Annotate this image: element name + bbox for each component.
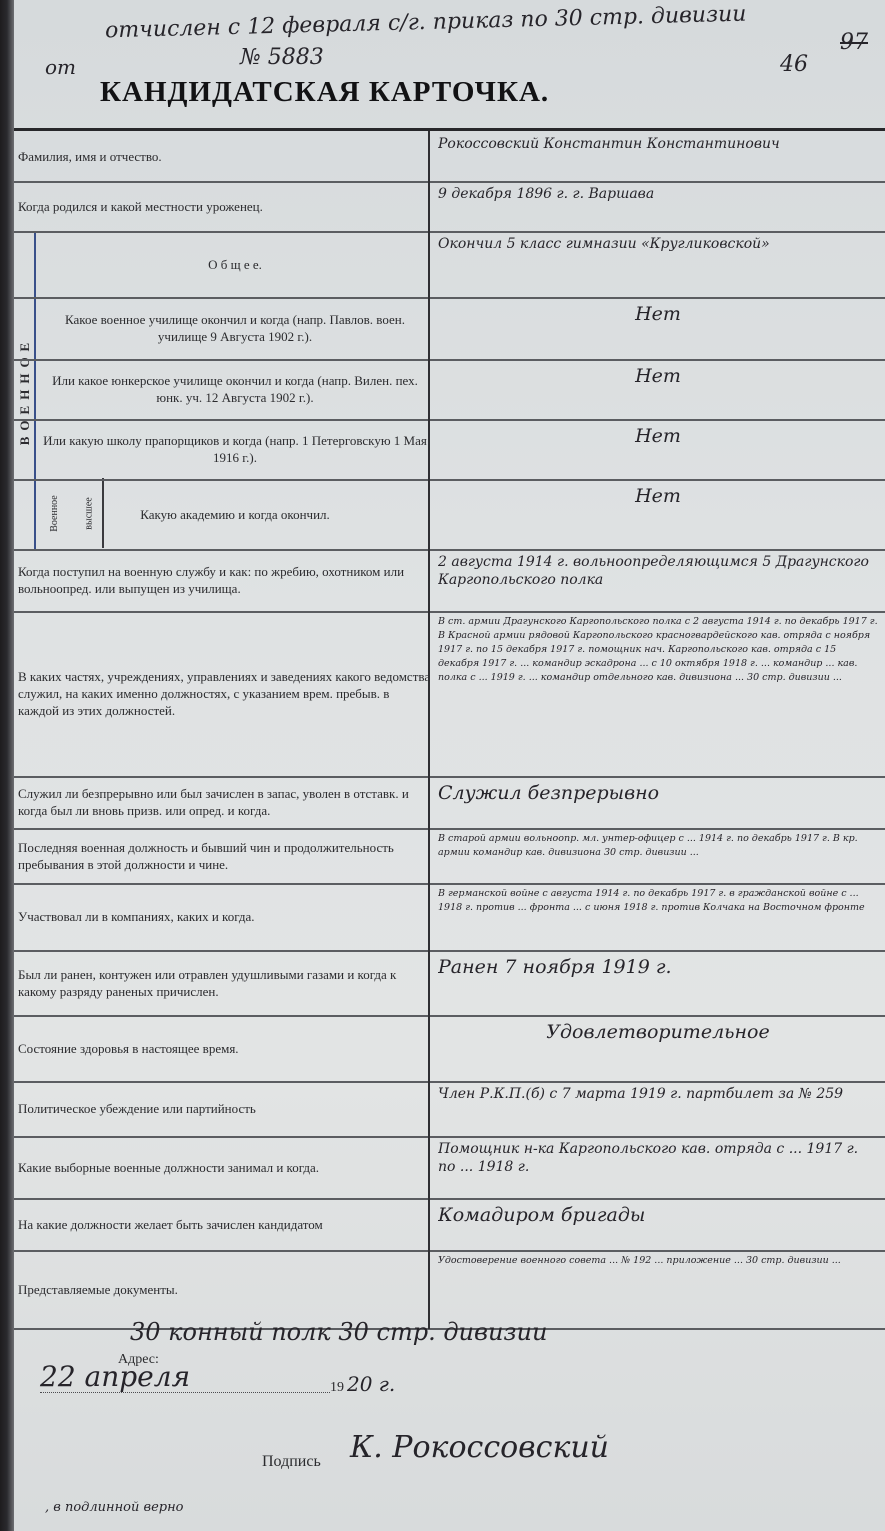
signature: К. Рокоссовский <box>350 1430 609 1465</box>
field-answer: В старой армии вольноопр. мл. унтер-офиц… <box>438 832 878 881</box>
field-answer: Служил безпрерывно <box>438 780 878 826</box>
date-underline <box>40 1392 330 1393</box>
column-divider <box>428 131 430 1329</box>
form-row: Был ли ранен, контужен или отравлен удуш… <box>14 950 885 1017</box>
binding-edge <box>0 0 14 1531</box>
ot-label: от <box>45 55 76 79</box>
field-label: В каких частях, учреждениях, управлениях… <box>14 611 432 776</box>
field-label: О б щ е е. <box>42 231 428 297</box>
form-row: Или какое юнкерское училище окончил и ко… <box>14 359 885 421</box>
form-row: Политическое убеждение или партийностьЧл… <box>14 1081 885 1138</box>
field-label: Или какую школу прапорщиков и когда (нап… <box>42 419 428 479</box>
field-answer: Нет <box>438 301 878 357</box>
field-answer: Удовлетворительное <box>438 1019 878 1079</box>
field-label: Когда поступил на военную службу и как: … <box>14 549 432 611</box>
order-number: № 5883 <box>240 45 324 70</box>
signature-label: Подпись <box>262 1453 321 1471</box>
field-label: Участвовал ли в компаниях, каких и когда… <box>14 883 432 950</box>
date-day-month: 22 апреля <box>40 1360 190 1393</box>
field-answer: Ранен 7 ноября 1919 г. <box>438 954 878 1013</box>
field-label: Был ли ранен, контужен или отравлен удуш… <box>14 950 432 1015</box>
field-answer: 2 августа 1914 г. вольноопределяющимся 5… <box>438 553 878 609</box>
field-label: Какие выборные военные должности занимал… <box>14 1136 432 1198</box>
date-year-prefix: 19 <box>330 1380 344 1396</box>
field-label: Какую академию и когда окончил. <box>42 479 428 549</box>
field-answer: Окончил 5 класс гимназии «Кругликовской» <box>438 235 878 295</box>
bottom-note: , в подлинной верно <box>45 1500 183 1515</box>
field-label: Фамилия, имя и отчество. <box>14 131 432 181</box>
field-answer: Помощник н-ка Каргопольского кав. отряда… <box>438 1140 878 1196</box>
form-row: Служил ли безпрерывно или был зачислен в… <box>14 776 885 830</box>
page-title: КАНДИДАТСКАЯ КАРТОЧКА. <box>100 76 549 109</box>
form-row: На какие должности желает быть зачислен … <box>14 1198 885 1252</box>
form-row: Когда поступил на военную службу и как: … <box>14 549 885 613</box>
date-year-suffix: 20 г. <box>347 1372 395 1396</box>
field-label: Какое военное училище окончил и когда (н… <box>42 297 428 359</box>
field-label: На какие должности желает быть зачислен … <box>14 1198 432 1250</box>
field-label: Политическое убеждение или партийность <box>14 1081 432 1136</box>
field-answer: 9 декабря 1896 г. г. Варшава <box>438 185 878 229</box>
field-answer: Удостоверение военного совета ... № 192 … <box>438 1254 878 1326</box>
form-row: О б щ е е.Окончил 5 класс гимназии «Круг… <box>14 231 885 299</box>
form-row: Какое военное училище окончил и когда (н… <box>14 297 885 361</box>
field-label: Когда родился и какой местности уроженец… <box>14 181 432 231</box>
form-row: Какую академию и когда окончил.Нет <box>14 479 885 551</box>
archive-number-struck: 97 <box>840 30 868 55</box>
form-row: Когда родился и какой местности уроженец… <box>14 181 885 233</box>
field-answer: Рокоссовский Константин Константинович <box>438 135 878 179</box>
field-answer: В ст. армии Драгунского Каргопольского п… <box>438 615 878 774</box>
address-value: 30 конный полк 30 стр. дивизии <box>130 1318 547 1346</box>
field-answer: Член Р.К.П.(б) с 7 марта 1919 г. партбил… <box>438 1085 878 1134</box>
field-answer: В германской войне с августа 1914 г. по … <box>438 887 878 948</box>
archive-number: 46 <box>780 52 808 77</box>
form-row: Какие выборные военные должности занимал… <box>14 1136 885 1200</box>
form-row: Фамилия, имя и отчество.Рокоссовский Кон… <box>14 131 885 183</box>
field-answer: Нет <box>438 363 878 417</box>
form-row: Состояние здоровья в настоящее время.Удо… <box>14 1015 885 1083</box>
field-answer: Комадиром бригады <box>438 1202 878 1248</box>
form-row: Последняя военная должность и бывший чин… <box>14 828 885 885</box>
field-label: Представляемые документы. <box>14 1250 432 1328</box>
field-answer: Нет <box>438 483 878 547</box>
form-row: Или какую школу прапорщиков и когда (нап… <box>14 419 885 481</box>
field-label: Служил ли безпрерывно или был зачислен в… <box>14 776 432 828</box>
field-label: Или какое юнкерское училище окончил и ко… <box>42 359 428 419</box>
form-row: Участвовал ли в компаниях, каких и когда… <box>14 883 885 952</box>
field-label: Состояние здоровья в настоящее время. <box>14 1015 432 1081</box>
field-answer: Нет <box>438 423 878 477</box>
field-label: Последняя военная должность и бывший чин… <box>14 828 432 883</box>
form-row: В каких частях, учреждениях, управлениях… <box>14 611 885 778</box>
